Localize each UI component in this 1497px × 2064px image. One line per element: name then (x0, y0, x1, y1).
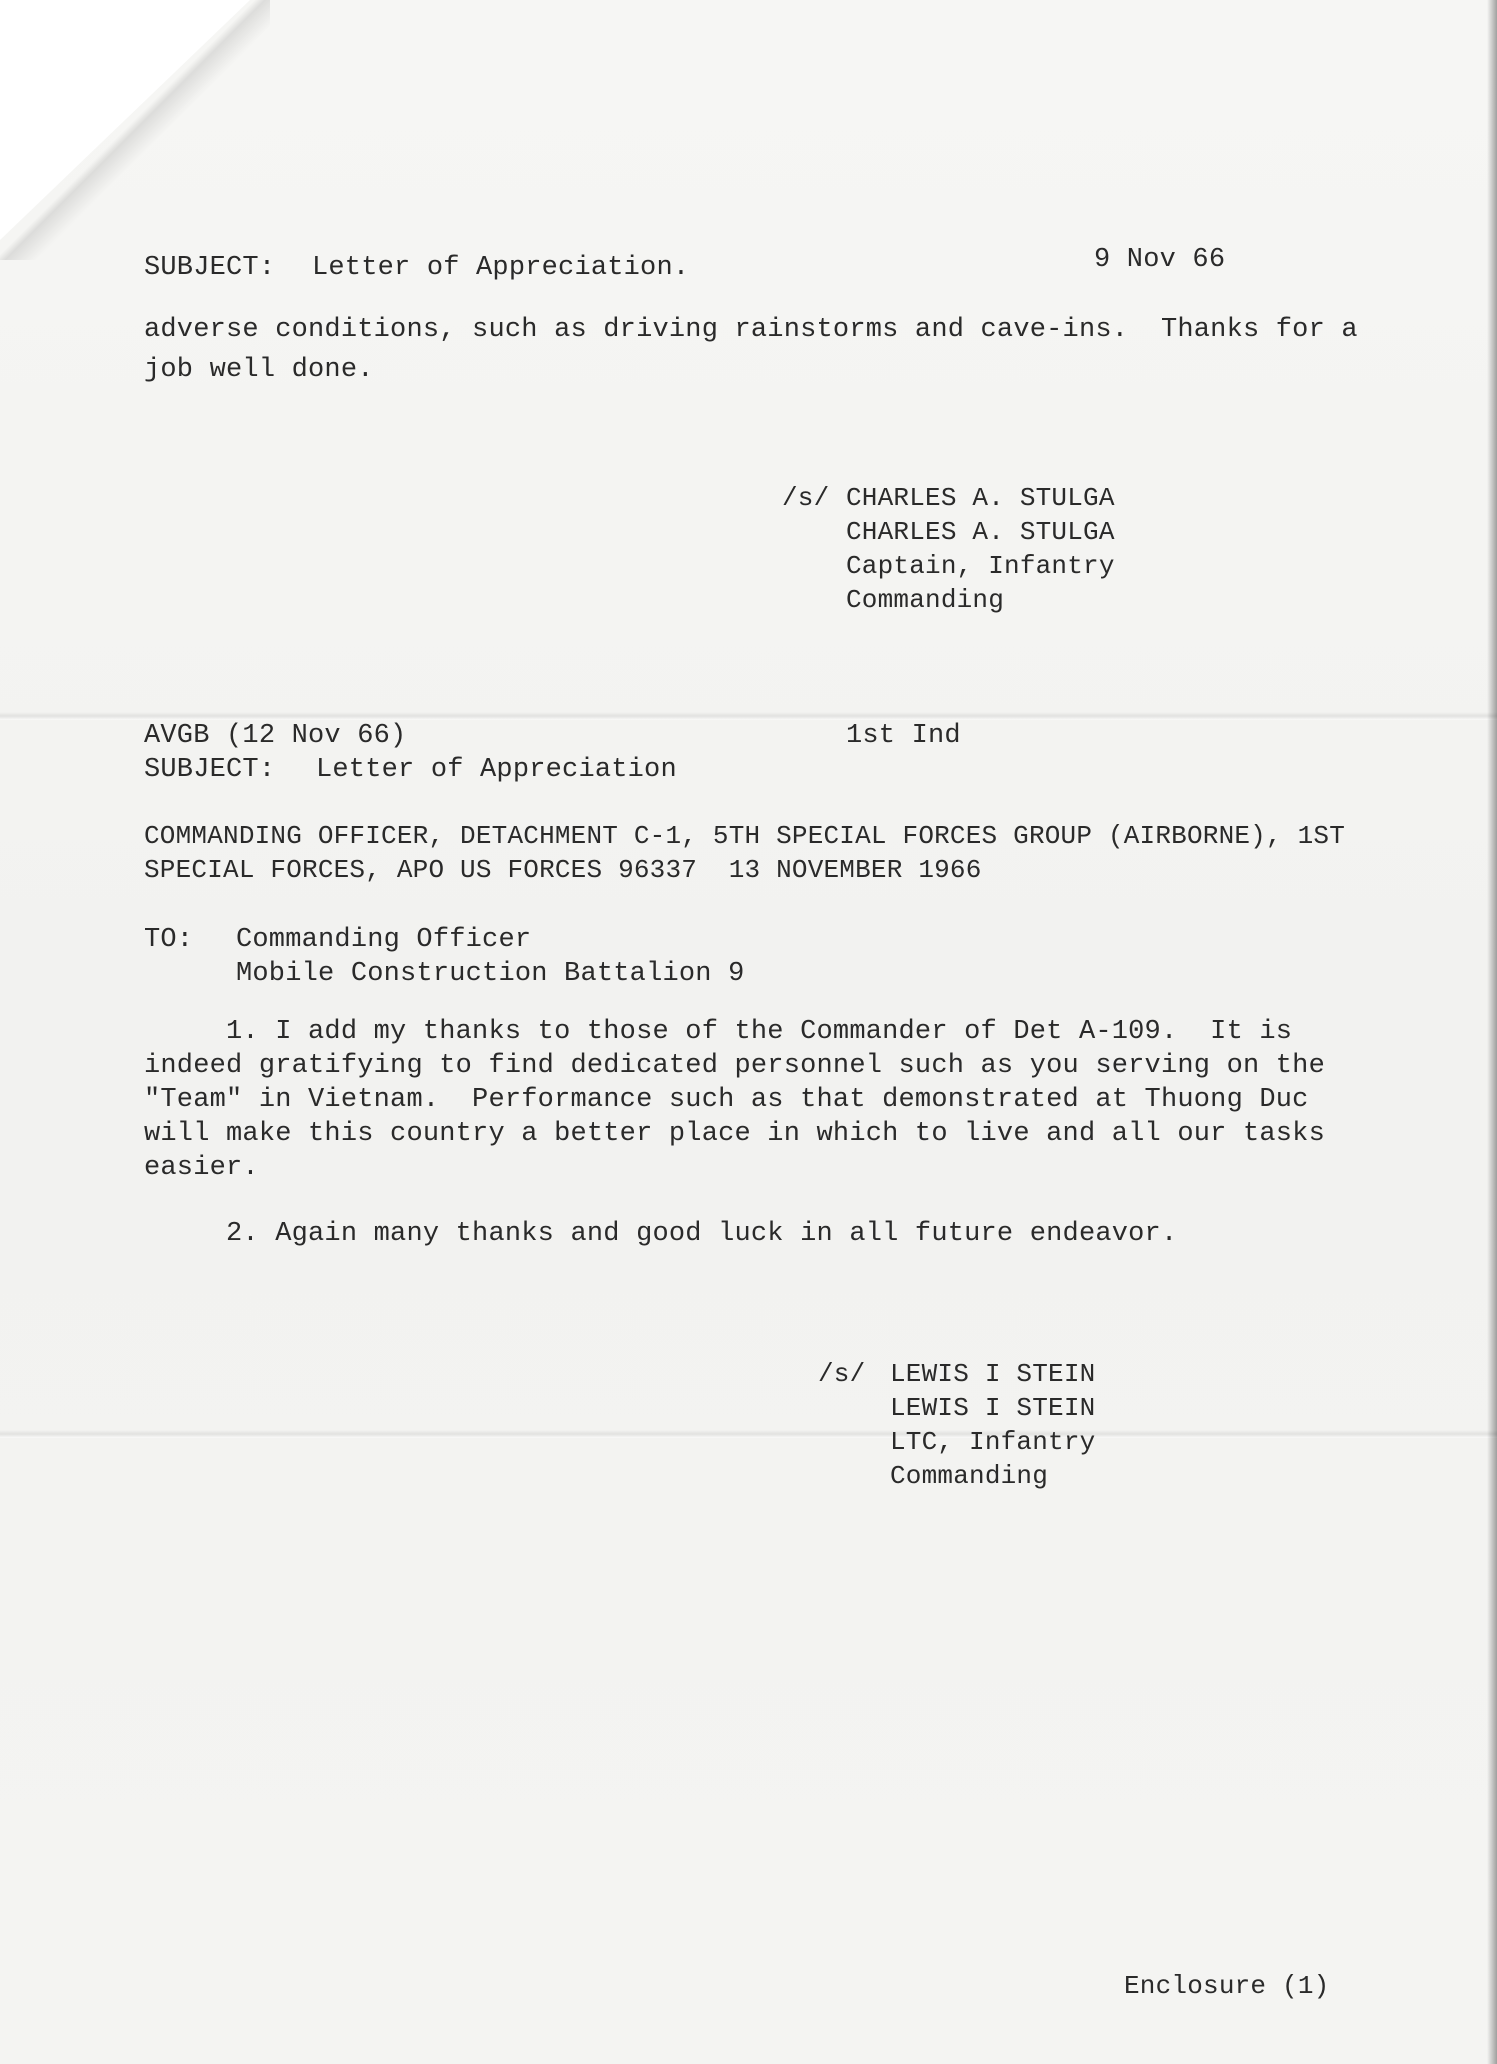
to-label: TO: (144, 922, 193, 958)
signature-line: LEWIS I STEIN (890, 1390, 1095, 1426)
signature-line: Commanding (846, 582, 1004, 618)
signature-mark: /s/ (818, 1356, 865, 1392)
signature-line: LEWIS I STEIN (890, 1356, 1095, 1392)
indorsement-subject-label: SUBJECT: (144, 752, 275, 788)
indorsement-label: 1st Ind (846, 718, 961, 754)
letter-date: 9 Nov 66 (1094, 242, 1225, 278)
body-line: adverse conditions, such as driving rain… (144, 312, 1358, 348)
paragraph-1-line: will make this country a better place in… (144, 1116, 1325, 1152)
indorsement-reference: AVGB (12 Nov 66) (144, 718, 406, 754)
paragraph-1-line: easier. (144, 1150, 259, 1186)
from-line: SPECIAL FORCES, APO US FORCES 96337 13 N… (144, 852, 982, 888)
signature-line: Captain, Infantry (846, 548, 1115, 584)
subject-text: Letter of Appreciation. (312, 250, 689, 286)
body-line: job well done. (144, 352, 374, 388)
letter-page: SUBJECT: Letter of Appreciation. 9 Nov 6… (0, 0, 1497, 2064)
paper-fold-line (0, 1430, 1497, 1438)
from-line: COMMANDING OFFICER, DETACHMENT C-1, 5TH … (144, 818, 1345, 854)
signature-line: Commanding (890, 1458, 1048, 1494)
paragraph-1-line: indeed gratifying to find dedicated pers… (144, 1048, 1325, 1084)
to-line: Mobile Construction Battalion 9 (236, 956, 744, 992)
to-line: Commanding Officer (236, 922, 531, 958)
indorsement-subject: Letter of Appreciation (316, 752, 677, 788)
enclosure-note: Enclosure (1) (1124, 1968, 1329, 2004)
signature-line: CHARLES A. STULGA (846, 480, 1115, 516)
paragraph-1-line: "Team" in Vietnam. Performance such as t… (144, 1082, 1309, 1118)
subject-label: SUBJECT: (144, 250, 275, 286)
folded-corner (0, 0, 250, 240)
paper-edge-shadow (1487, 0, 1497, 2064)
paragraph-1-line: 1. I add my thanks to those of the Comma… (144, 1014, 1292, 1050)
signature-line: CHARLES A. STULGA (846, 514, 1115, 550)
signature-mark: /s/ (782, 480, 829, 516)
paragraph-2: 2. Again many thanks and good luck in al… (144, 1216, 1177, 1252)
signature-line: LTC, Infantry (890, 1424, 1095, 1460)
